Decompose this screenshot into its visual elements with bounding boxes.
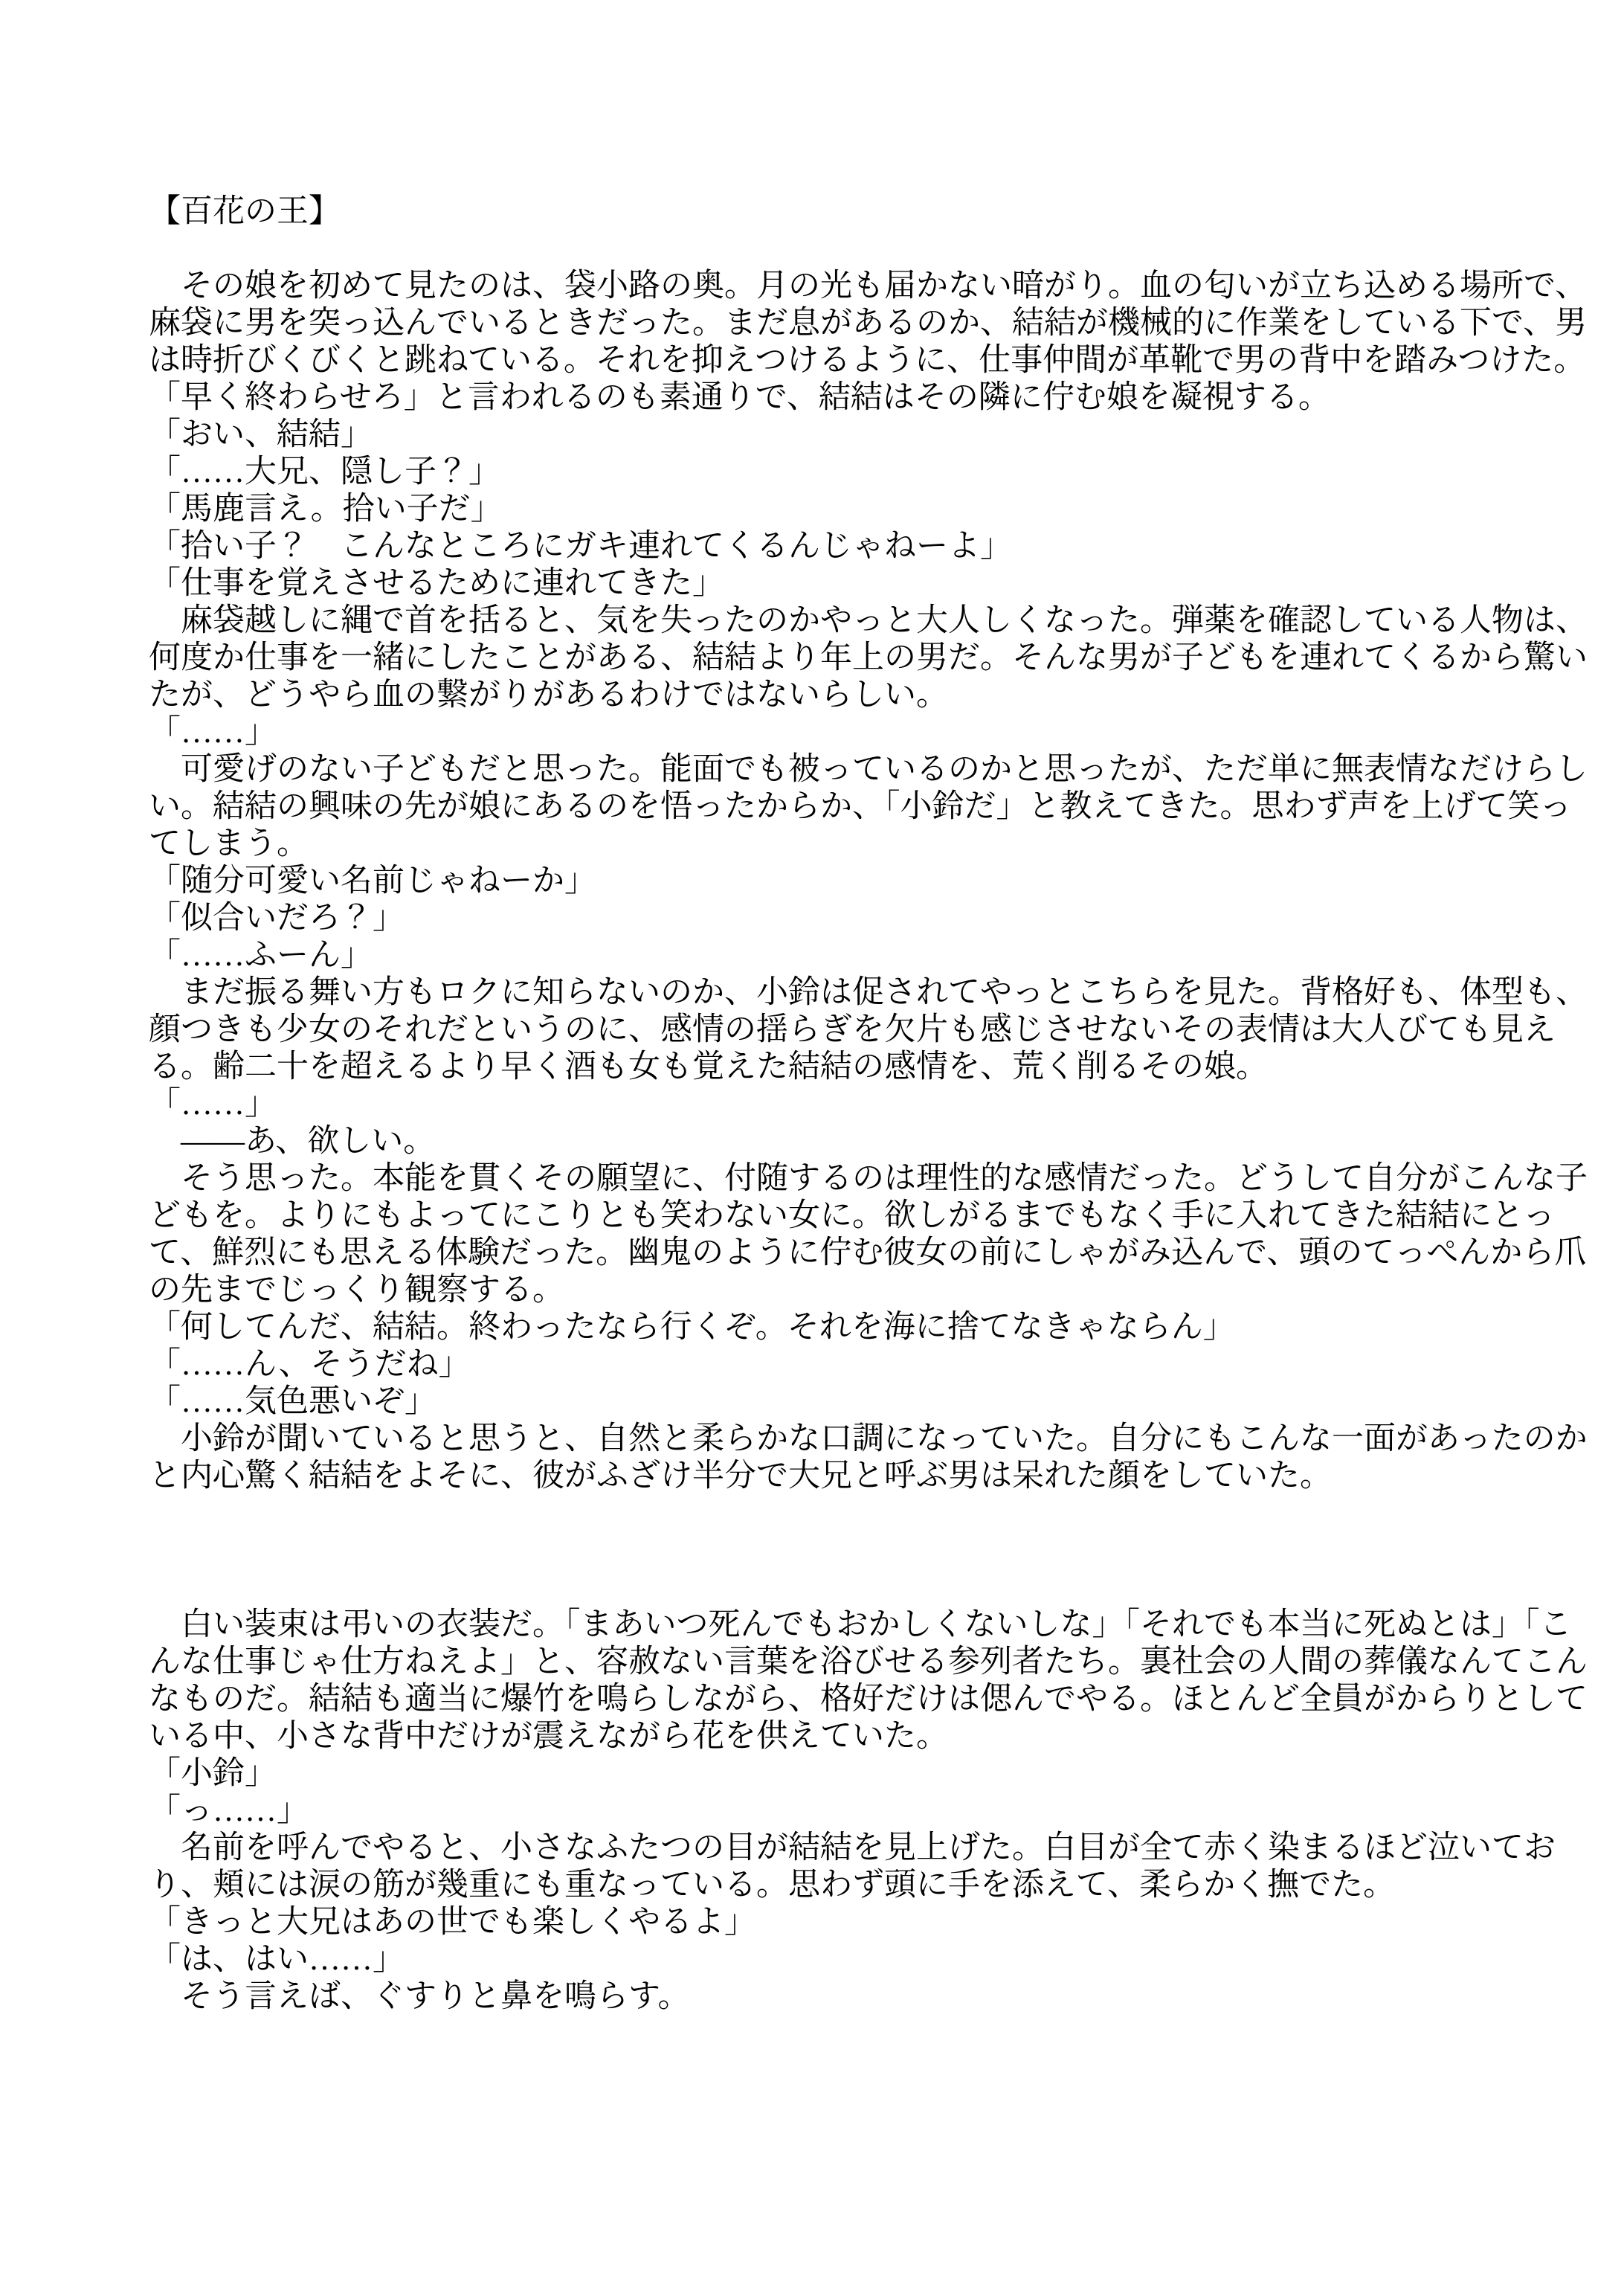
dialogue-line: 「……ん、そうだね」 bbox=[149, 1346, 1597, 1383]
dialogue-line: 「随分可愛い名前じゃねーか」 bbox=[149, 863, 1597, 900]
dialogue-line: 「何してんだ、結結。終わったなら行くぞ。それを海に捨てなきゃならん」 bbox=[149, 1309, 1597, 1346]
paragraph: 白い装束は弔いの衣装だ。「まあいつ死んでもおかしくないしな」「それでも本当に死ぬ… bbox=[149, 1607, 1597, 1755]
dialogue-line: 「拾い子？ こんなところにガキ連れてくるんじゃねーよ」 bbox=[149, 528, 1597, 565]
document-title: 【百花の王】 bbox=[149, 193, 1597, 231]
paragraph: そう言えば、ぐすりと鼻を鳴らす。 bbox=[149, 1978, 1597, 2016]
paragraph: まだ振る舞い方もロクに知らないのか、小鈴は促されてやっとこちらを見た。背格好も、… bbox=[149, 974, 1597, 1086]
scene-break bbox=[149, 1495, 1597, 1607]
paragraph: 名前を呼んでやると、小さなふたつの目が結結を見上げた。白目が全て赤く染まるほど泣… bbox=[149, 1830, 1597, 1904]
dialogue-line: 「馬鹿言え。拾い子だ」 bbox=[149, 491, 1597, 528]
dialogue-line: 「……」 bbox=[149, 1086, 1597, 1123]
document-content: 【百花の王】 その娘を初めて見たのは、袋小路の奥。月の光も届かない暗がり。血の匂… bbox=[149, 193, 1597, 2016]
dialogue-line: 「似合いだろ？」 bbox=[149, 900, 1597, 937]
dialogue-line: 「……ふーん」 bbox=[149, 937, 1597, 974]
dialogue-line: 「小鈴」 bbox=[149, 1755, 1597, 1792]
paragraph: その娘を初めて見たのは、袋小路の奥。月の光も届かない暗がり。血の匂いが立ち込める… bbox=[149, 268, 1597, 417]
dialogue-line: 「仕事を覚えさせるために連れてきた」 bbox=[149, 565, 1597, 602]
dialogue-line: 「っ……」 bbox=[149, 1792, 1597, 1830]
blank-line bbox=[149, 231, 1597, 268]
paragraph: 可愛げのない子どもだと思った。能面でも被っているのかと思ったが、ただ単に無表情な… bbox=[149, 751, 1597, 863]
paragraph: 小鈴が聞いていると思うと、自然と柔らかな口調になっていた。自分にもこんな一面があ… bbox=[149, 1421, 1597, 1495]
dialogue-line: 「は、はい……」 bbox=[149, 1941, 1597, 1978]
paragraph: ――あ、欲しい。 bbox=[149, 1123, 1597, 1160]
dialogue-line: 「……大兄、隠し子？」 bbox=[149, 454, 1597, 491]
dialogue-line: 「……」 bbox=[149, 714, 1597, 751]
dialogue-line: 「……気色悪いぞ」 bbox=[149, 1383, 1597, 1421]
paragraph: そう思った。本能を貫くその願望に、付随するのは理性的な感情だった。どうして自分が… bbox=[149, 1160, 1597, 1309]
dialogue-line: 「おい、結結」 bbox=[149, 417, 1597, 454]
dialogue-line: 「きっと大兄はあの世でも楽しくやるよ」 bbox=[149, 1904, 1597, 1941]
document-page: 【百花の王】 その娘を初めて見たのは、袋小路の奥。月の光も届かない暗がり。血の匂… bbox=[0, 0, 1624, 2296]
paragraph: 麻袋越しに縄で首を括ると、気を失ったのかやっと大人しくなった。弾薬を確認している… bbox=[149, 602, 1597, 714]
